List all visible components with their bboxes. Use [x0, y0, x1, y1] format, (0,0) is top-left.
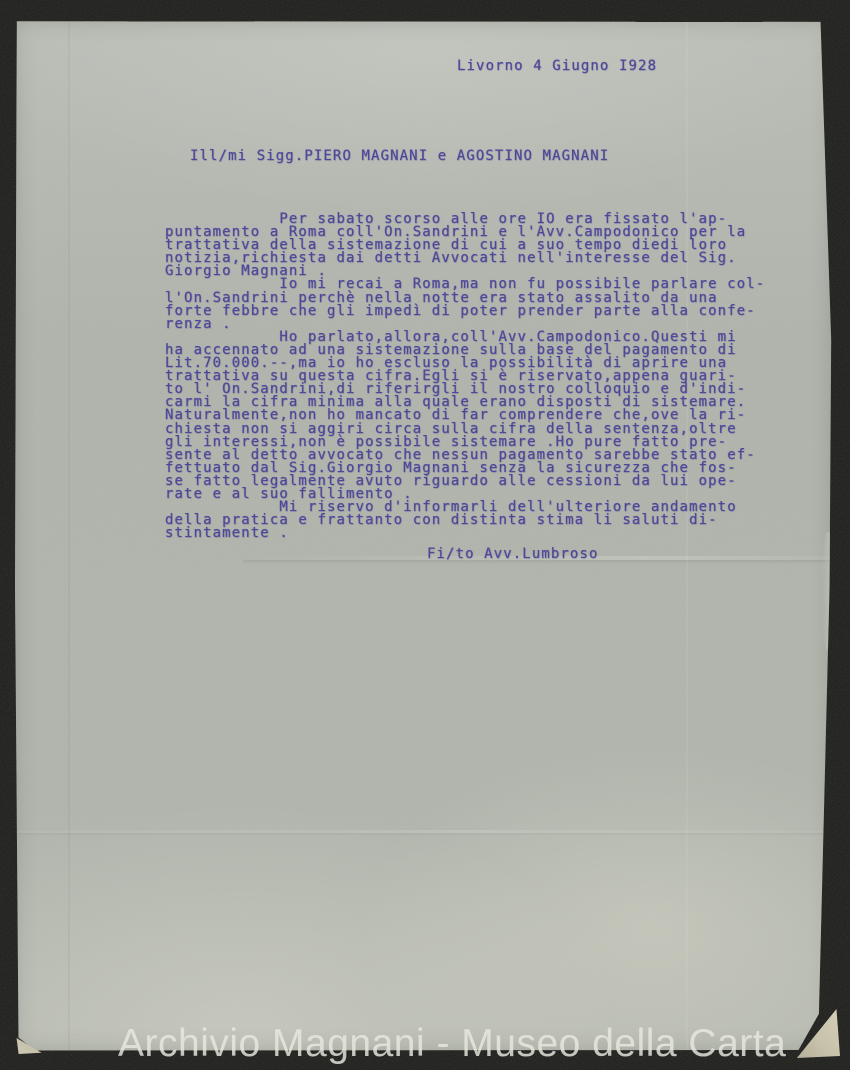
paper-chain-line-left [68, 20, 70, 1051]
letter-paper: Livorno 4 Giugno I928 Ill/mi Sigg.PIERO … [14, 20, 832, 1051]
letter-addressee: Ill/mi Sigg.PIERO MAGNANI e AGOSTINO MAG… [190, 150, 609, 163]
letter-date: Livorno 4 Giugno I928 [457, 60, 657, 73]
letter-body: Per sabato scorso alle ore IO era fissat… [165, 213, 765, 540]
scan-background: Livorno 4 Giugno I928 Ill/mi Sigg.PIERO … [0, 0, 850, 1070]
letter-signature: Fi/to Avv.Lumbroso [427, 548, 599, 561]
right-edge-tear [822, 532, 834, 650]
fold-crease-lower [14, 830, 832, 833]
